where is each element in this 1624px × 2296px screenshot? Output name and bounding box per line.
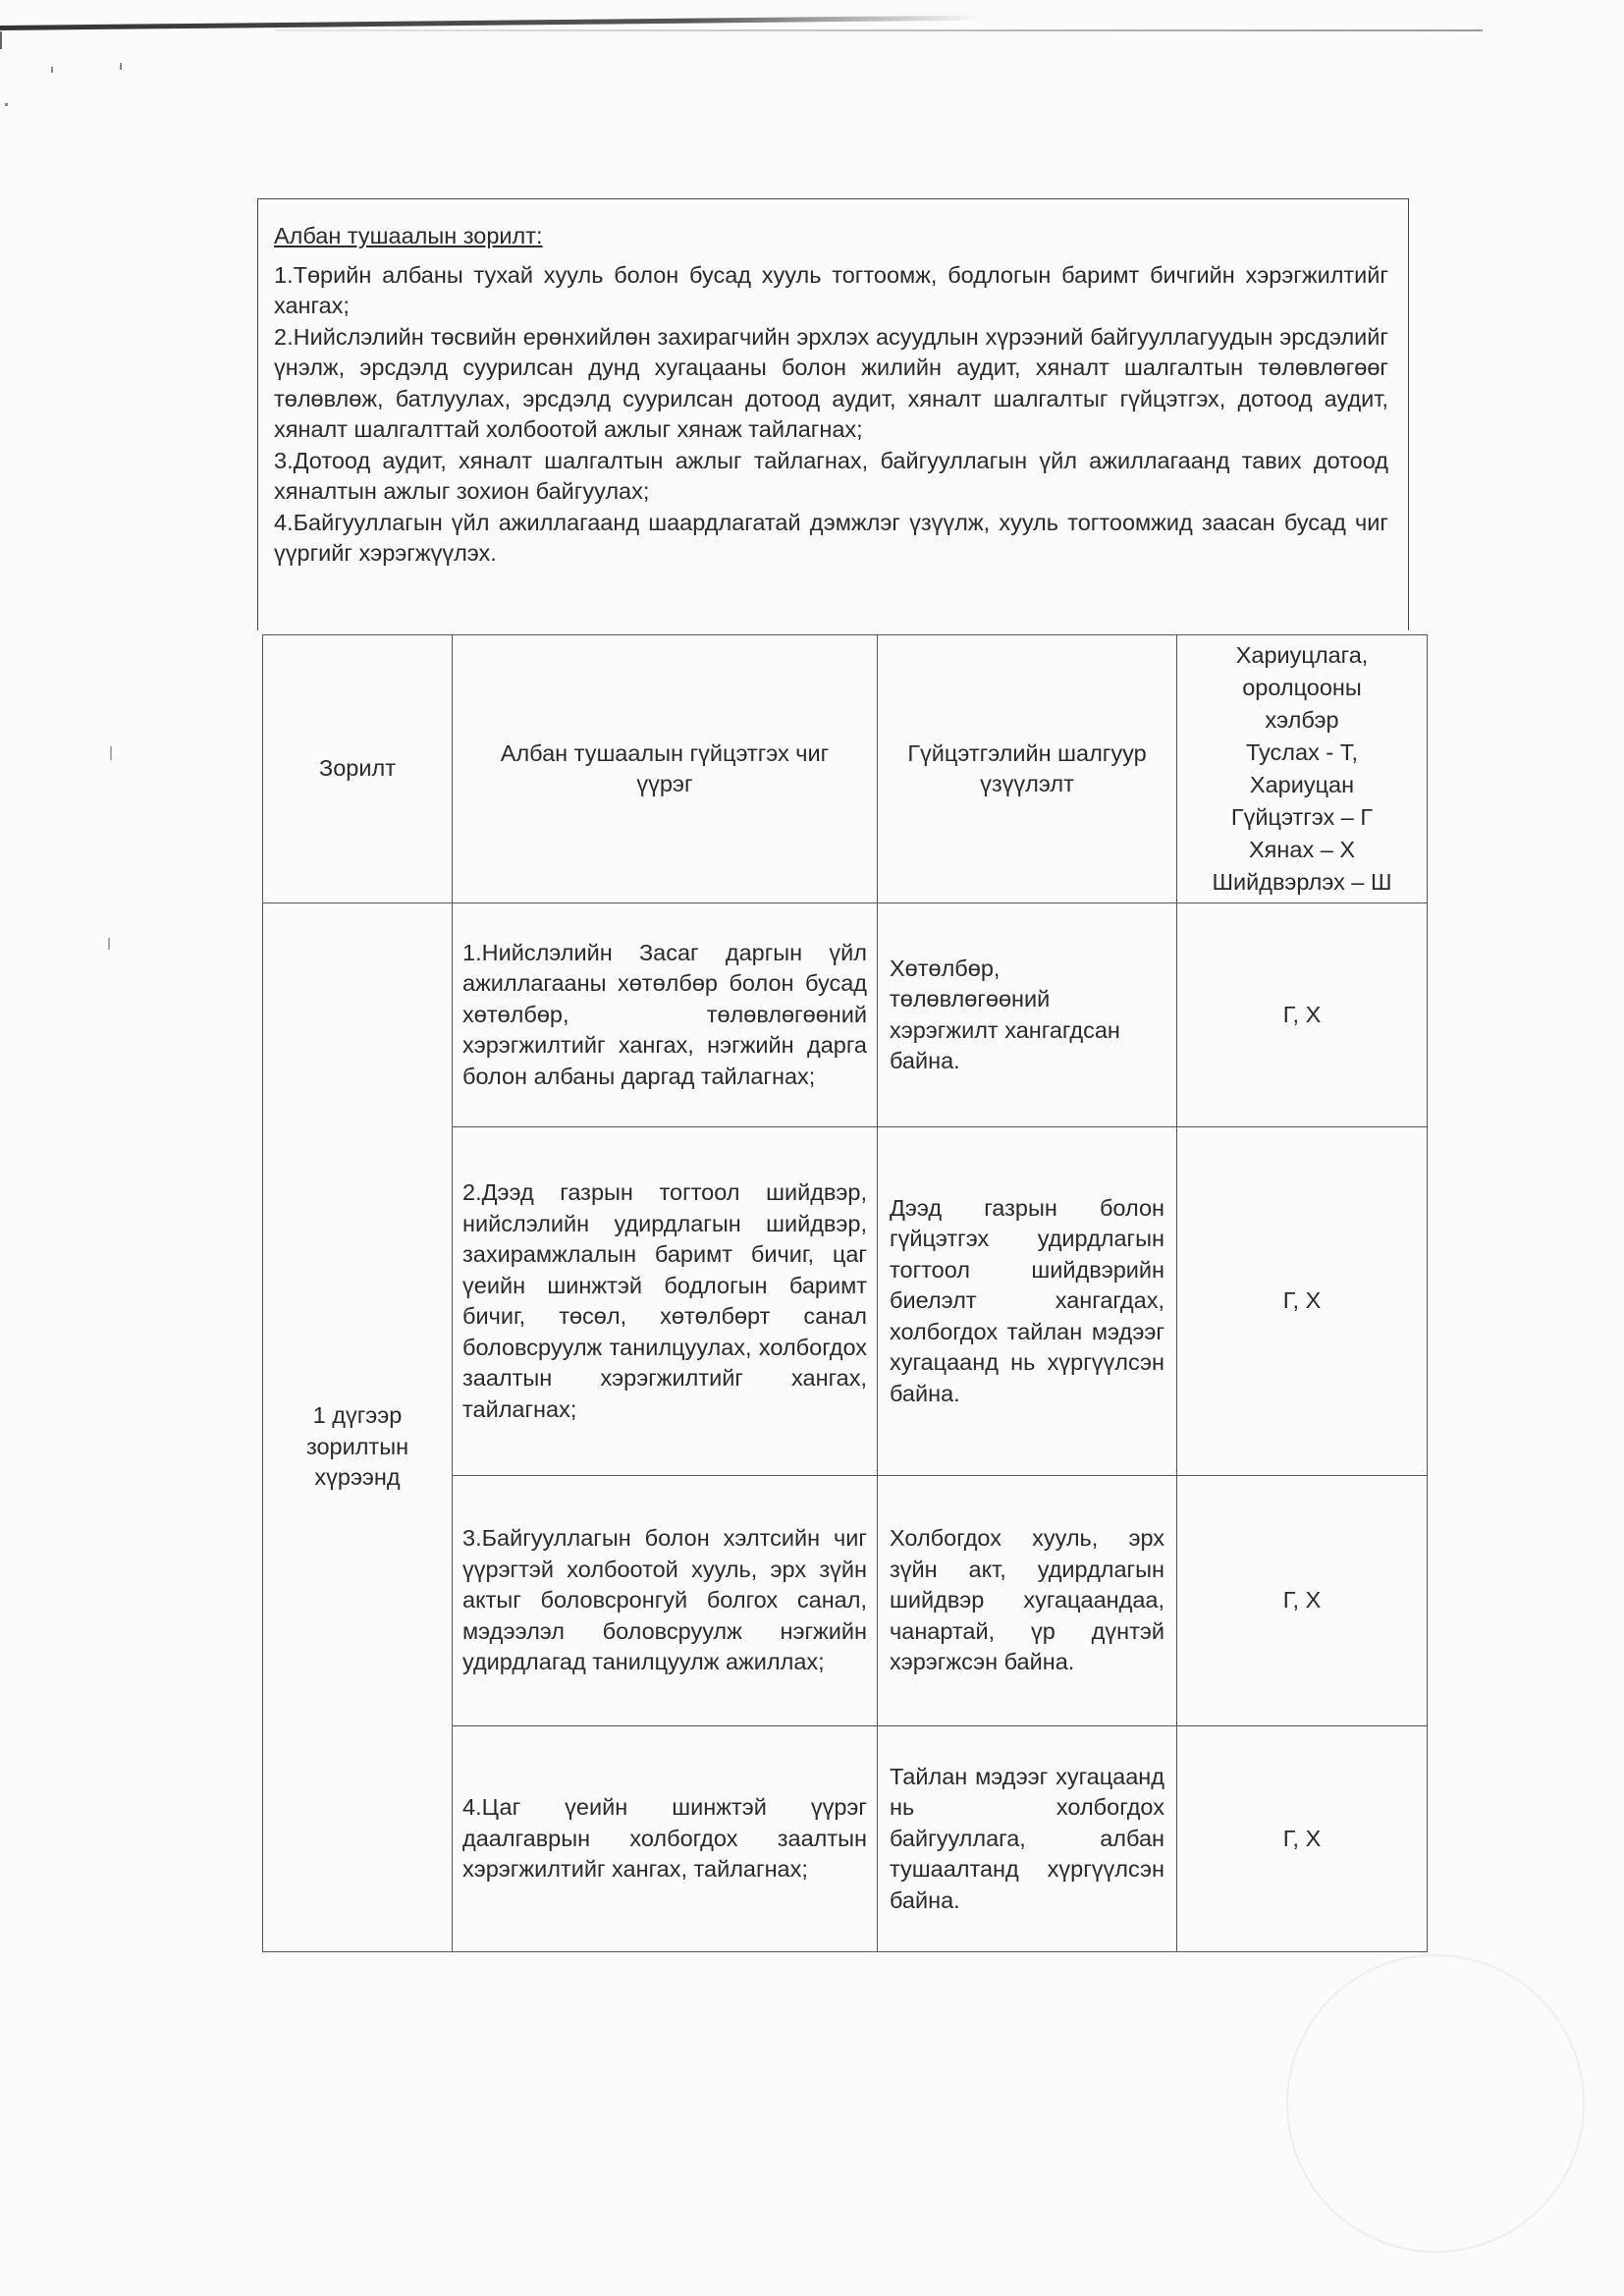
scan-speck	[51, 67, 53, 73]
table-header-row: Зорилт Албан тушаалын гүйцэтгэх чиг үүрэ…	[263, 635, 1428, 903]
scan-speck	[5, 103, 8, 106]
header-responsibility-line: Туслах - Т,	[1183, 737, 1421, 769]
header-responsibility-line: Шийдвэрлэх – Ш	[1183, 866, 1421, 899]
position-objectives: Албан тушаалын зорилт: 1.Төрийн албаны т…	[257, 198, 1409, 630]
header-criteria: Гүйцэтгэлийн шалгуур үзүүлэлт	[878, 635, 1177, 903]
header-responsibility-line: Гүйцэтгэх – Г	[1183, 801, 1421, 834]
duty-cell: 4.Цаг үеийн шинжтэй үүрэг даалгаврын хол…	[453, 1726, 878, 1952]
responsibility-cell: Г, Х	[1177, 903, 1428, 1127]
criteria-cell: Хөтөлбөр, төлөвлөгөөний хэрэгжилт хангаг…	[878, 903, 1177, 1127]
objective-item: 1.Төрийн албаны тухай хууль болон бусад …	[274, 260, 1388, 322]
objective-item: 4.Байгууллагын үйл ажиллагаанд шаардлага…	[274, 508, 1388, 570]
duty-cell: 2.Дээд газрын тогтоол шийдвэр, нийслэлий…	[453, 1127, 878, 1476]
criteria-cell: Холбогдох хууль, эрх зүйн акт, удирдлагы…	[878, 1476, 1177, 1726]
objectives-title: Албан тушаалын зорилт:	[274, 221, 1388, 252]
duties-table: Зорилт Албан тушаалын гүйцэтгэх чиг үүрэ…	[262, 634, 1428, 1952]
duty-cell: 3.Байгууллагын болон хэлтсийн чиг үүрэгт…	[453, 1476, 878, 1726]
scan-artifact-line	[275, 29, 1483, 31]
scan-speck	[108, 938, 110, 950]
scan-speck	[120, 63, 122, 70]
faded-stamp	[1286, 1954, 1585, 2253]
scan-artifact-line	[0, 16, 982, 30]
criteria-cell: Тайлан мэдээг хугацаанд нь холбогдох бай…	[878, 1726, 1177, 1952]
header-responsibility-line: Хянах – Х	[1183, 834, 1421, 866]
scan-artifact-edge	[0, 31, 2, 49]
duty-cell: 1.Нийслэлийн Засаг даргын үйл ажиллагаан…	[453, 903, 878, 1127]
criteria-cell: Дээд газрын болон гүйцэтгэх удирдлагын т…	[878, 1127, 1177, 1476]
responsibility-cell: Г, Х	[1177, 1476, 1428, 1726]
scan-speck	[110, 746, 112, 760]
header-responsibility-line: Хариуцан	[1183, 769, 1421, 801]
goal-cell: 1 дүгээр зорилтын хүрээнд	[263, 903, 453, 1952]
responsibility-cell: Г, Х	[1177, 1726, 1428, 1952]
header-responsibility: Хариуцлага, оролцооны хэлбэр Туслах - Т,…	[1177, 635, 1428, 903]
responsibility-cell: Г, Х	[1177, 1127, 1428, 1476]
header-duty: Албан тушаалын гүйцэтгэх чиг үүрэг	[453, 635, 878, 903]
header-responsibility-line: оролцооны	[1183, 672, 1421, 704]
header-goal: Зорилт	[263, 635, 453, 903]
objective-item: 2.Нийслэлийн төсвийн ерөнхийлөн захирагч…	[274, 322, 1388, 446]
header-responsibility-line: Хариуцлага,	[1183, 639, 1421, 672]
objective-item: 3.Дотоод аудит, хяналт шалгалтын ажлыг т…	[274, 446, 1388, 508]
table-row: 1 дүгээр зорилтын хүрээнд 1.Нийслэлийн З…	[263, 903, 1428, 1127]
header-responsibility-line: хэлбэр	[1183, 704, 1421, 737]
